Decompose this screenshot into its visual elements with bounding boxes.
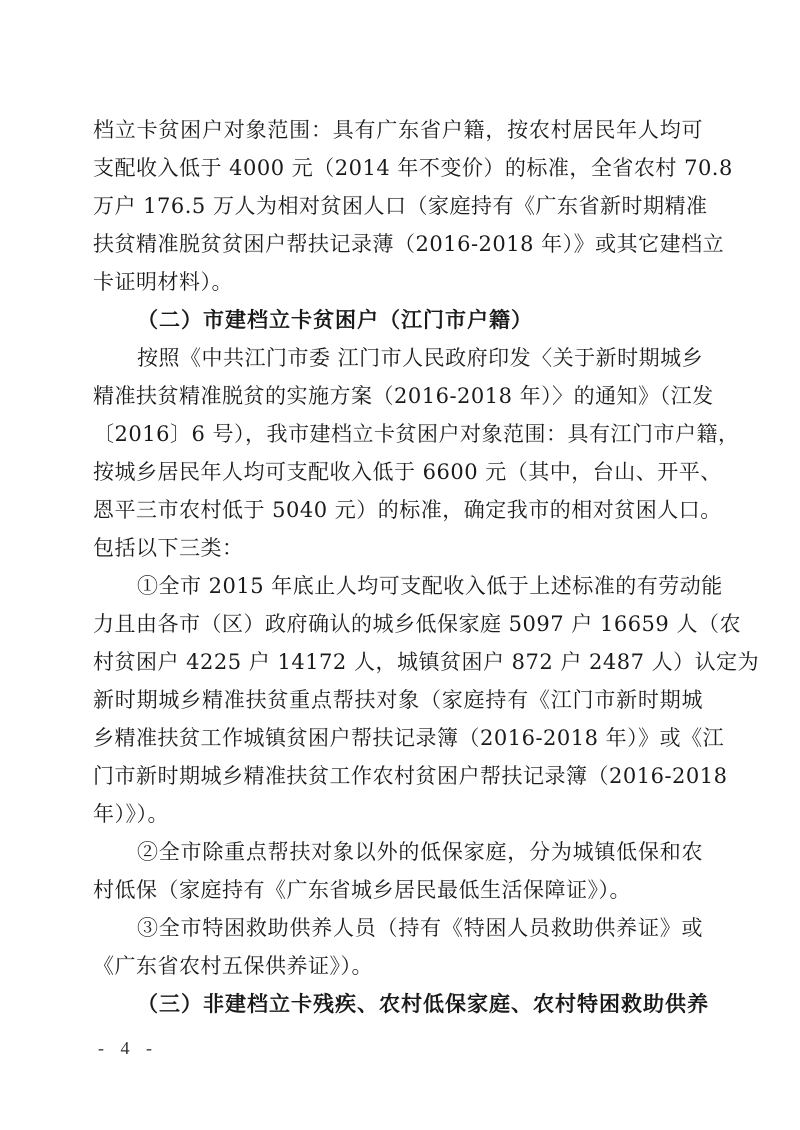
list-item-3-line: 《广东省农村五保供养证》）。	[93, 947, 703, 985]
paragraph-line: 档立卡贫困户对象范围：具有广东省户籍，按农村居民年人均可	[93, 111, 703, 149]
section-heading-3: （三）非建档立卡残疾、农村低保家庭、农村特困救助供养	[93, 985, 703, 1023]
paragraph-line: 恩平三市农村低于 5040 元）的标准，确定我市的相对贫困人口。	[93, 491, 703, 529]
paragraph-line: 支配收入低于 4000 元（2014 年不变价）的标准，全省农村 70.8	[93, 149, 703, 187]
list-item-1-line: 年）》）。	[93, 795, 703, 833]
paragraph-line: 包括以下三类：	[93, 529, 703, 567]
paragraph-line: 按照《中共江门市委 江门市人民政府印发〈关于新时期城乡	[93, 339, 703, 377]
list-item-3-line: ③全市特困救助供养人员（持有《特困人员救助供养证》或	[93, 909, 703, 947]
paragraph-line: 精准扶贫精准脱贫的实施方案（2016-2018 年）〉的通知》（江发	[93, 377, 703, 415]
section-heading-2: （二）市建档立卡贫困户（江门市户籍）	[93, 301, 703, 339]
paragraph-line: 按城乡居民年人均可支配收入低于 6600 元（其中，台山、开平、	[93, 453, 703, 491]
list-item-1-line: 村贫困户 4225 户 14172 人，城镇贫困户 872 户 2487 人）认…	[93, 643, 703, 681]
list-item-1-line: 乡精准扶贫工作城镇贫困户帮扶记录簿（2016-2018 年）》或《江	[93, 719, 703, 757]
list-item-1-line: 新时期城乡精准扶贫重点帮扶对象（家庭持有《江门市新时期城	[93, 681, 703, 719]
paragraph-line: 〔2016〕6 号），我市建档立卡贫困户对象范围：具有江门市户籍，	[93, 415, 703, 453]
list-item-1-line: 力且由各市（区）政府确认的城乡低保家庭 5097 户 16659 人（农	[93, 605, 703, 643]
list-item-1-line: 门市新时期城乡精准扶贫工作农村贫困户帮扶记录簿（2016-2018	[93, 757, 703, 795]
paragraph-line: 卡证明材料）。	[93, 263, 703, 301]
document-page: 档立卡贫困户对象范围：具有广东省户籍，按农村居民年人均可 支配收入低于 4000…	[93, 111, 703, 1023]
list-item-1-line: ①全市 2015 年底止人均可支配收入低于上述标准的有劳动能	[93, 567, 703, 605]
paragraph-line: 扶贫精准脱贫贫困户帮扶记录薄（2016-2018 年）》或其它建档立	[93, 225, 703, 263]
list-item-2-line: ②全市除重点帮扶对象以外的低保家庭，分为城镇低保和农	[93, 833, 703, 871]
paragraph-line: 万户 176.5 万人为相对贫困人口（家庭持有《广东省新时期精准	[93, 187, 703, 225]
list-item-2-line: 村低保（家庭持有《广东省城乡居民最低生活保障证》）。	[93, 871, 703, 909]
page-number: - 4 -	[98, 1038, 158, 1059]
